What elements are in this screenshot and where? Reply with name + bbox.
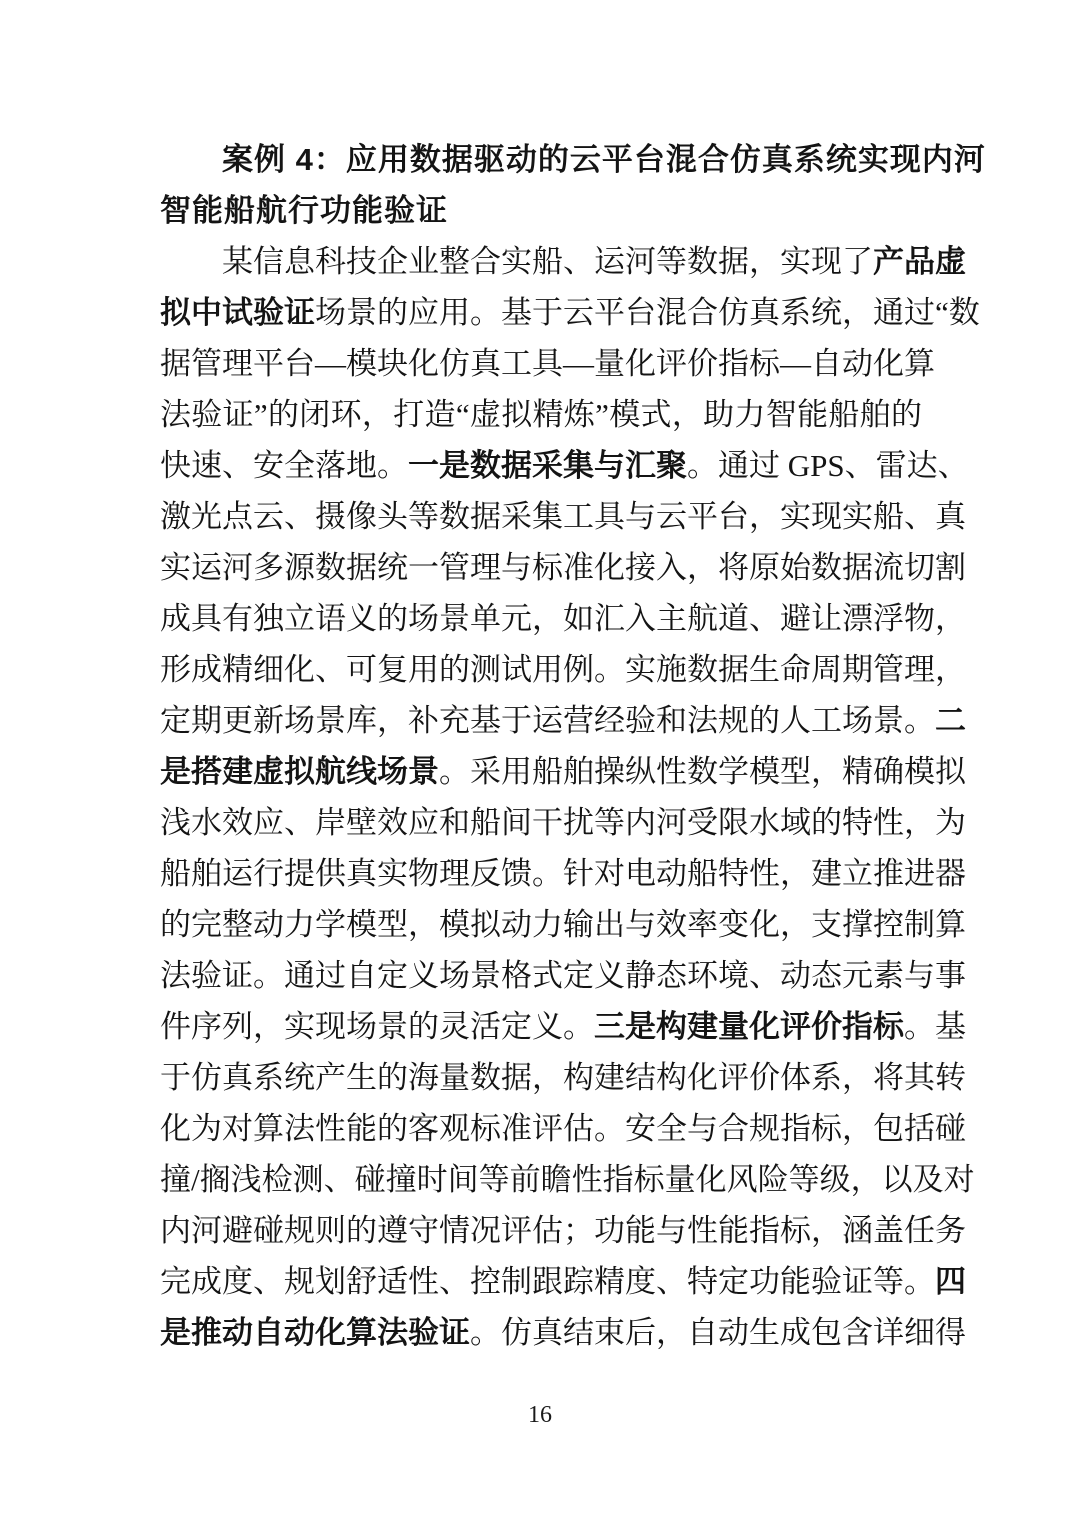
text-segment: 的完整动力学模型，模拟动力输出与效率变化，支撑控制算 [160, 907, 966, 942]
page-number: 16 [0, 1398, 1080, 1432]
emphasis-text-segment: 产品虚 [873, 244, 966, 279]
text-segment: 成具有独立语义的场景单元，如汇入主航道、避让漂浮物， [160, 601, 966, 636]
text-segment: 实运河多源数据统一管理与标准化接入，将原始数据流切割 [160, 550, 966, 585]
body-line: 化为对算法性能的客观标准评估。安全与合规指标，包括碰 [160, 1103, 922, 1154]
body-line: 于仿真系统产生的海量数据，构建结构化评价体系，将其转 [160, 1052, 922, 1103]
text-segment: 。采用船舶操纵性数学模型，精确模拟 [439, 754, 966, 789]
title-line: 案例 4：应用数据驱动的云平台混合仿真系统实现内河 [160, 134, 922, 185]
body-line: 某信息科技企业整合实船、运河等数据，实现了产品虚 [160, 236, 922, 287]
body-line: 是推动自动化算法验证。仿真结束后，自动生成包含详细得 [160, 1307, 922, 1358]
body-paragraph: 某信息科技企业整合实船、运河等数据，实现了产品虚拟中试验证场景的应用。基于云平台… [160, 236, 922, 1358]
body-line: 船舶运行提供真实物理反馈。针对电动船特性，建立推进器 [160, 848, 922, 899]
emphasis-text-segment: 智能船航行功能验证 [160, 193, 448, 228]
body-line: 成具有独立语义的场景单元，如汇入主航道、避让漂浮物， [160, 593, 922, 644]
body-line: 内河避碰规则的遵守情况评估；功能与性能指标，涵盖任务 [160, 1205, 922, 1256]
body-line: 法验证”的闭环，打造“虚拟精炼”模式，助力智能船舶的 [160, 389, 922, 440]
body-line: 定期更新场景库，补充基于运营经验和法规的人工场景。二 [160, 695, 922, 746]
emphasis-text-segment: 拟中试验证 [160, 295, 315, 330]
body-line: 浅水效应、岸壁效应和船间干扰等内河受限水域的特性，为 [160, 797, 922, 848]
text-segment: 。通过 GPS、雷达、 [687, 448, 969, 483]
body-line: 激光点云、摄像头等数据采集工具与云平台，实现实船、真 [160, 491, 922, 542]
text-segment: 形成精细化、可复用的测试用例。实施数据生命周期管理， [160, 652, 966, 687]
body-line: 的完整动力学模型，模拟动力输出与效率变化，支撑控制算 [160, 899, 922, 950]
text-segment: 法验证。通过自定义场景格式定义静态环境、动态元素与事 [160, 958, 966, 993]
text-segment: 船舶运行提供真实物理反馈。针对电动船特性，建立推进器 [160, 856, 966, 891]
text-segment: 撞/搁浅检测、碰撞时间等前瞻性指标量化风险等级，以及对 [160, 1162, 975, 1197]
body-line: 拟中试验证场景的应用。基于云平台混合仿真系统，通过“数 [160, 287, 922, 338]
text-segment: 据管理平台—模块化仿真工具—量化评价指标—自动化算 [160, 346, 935, 381]
text-segment: 内河避碰规则的遵守情况评估；功能与性能指标，涵盖任务 [160, 1213, 966, 1248]
emphasis-text-segment: 四 [935, 1264, 966, 1299]
body-line: 完成度、规划舒适性、控制跟踪精度、特定功能验证等。四 [160, 1256, 922, 1307]
emphasis-text-segment: 是搭建虚拟航线场景 [160, 754, 439, 789]
text-segment: 。仿真结束后，自动生成包含详细得 [470, 1315, 966, 1350]
text-segment: 某信息科技企业整合实船、运河等数据，实现了 [222, 244, 873, 279]
case-title: 案例 4：应用数据驱动的云平台混合仿真系统实现内河智能船航行功能验证 [160, 134, 922, 236]
emphasis-text-segment: 一是数据采集与汇聚 [408, 448, 687, 483]
text-segment: 化为对算法性能的客观标准评估。安全与合规指标，包括碰 [160, 1111, 966, 1146]
text-segment: 。基 [904, 1009, 966, 1044]
text-segment: 激光点云、摄像头等数据采集工具与云平台，实现实船、真 [160, 499, 966, 534]
text-segment: 快速、安全落地。 [160, 448, 408, 483]
page-content: 案例 4：应用数据驱动的云平台混合仿真系统实现内河智能船航行功能验证 某信息科技… [160, 134, 922, 1358]
emphasis-text-segment: 案例 4：应用数据驱动的云平台混合仿真系统实现内河 [222, 142, 986, 177]
text-segment: 场景的应用。基于云平台混合仿真系统，通过“数 [315, 295, 980, 330]
text-segment: 定期更新场景库，补充基于运营经验和法规的人工场景。 [160, 703, 935, 738]
document-page: 案例 4：应用数据驱动的云平台混合仿真系统实现内河智能船航行功能验证 某信息科技… [0, 0, 1080, 1527]
emphasis-text-segment: 三是构建量化评价指标 [594, 1009, 904, 1044]
title-line: 智能船航行功能验证 [160, 185, 922, 236]
body-line: 实运河多源数据统一管理与标准化接入，将原始数据流切割 [160, 542, 922, 593]
body-line: 据管理平台—模块化仿真工具—量化评价指标—自动化算 [160, 338, 922, 389]
emphasis-text-segment: 是推动自动化算法验证 [160, 1315, 470, 1350]
body-line: 形成精细化、可复用的测试用例。实施数据生命周期管理， [160, 644, 922, 695]
text-segment: 件序列，实现场景的灵活定义。 [160, 1009, 594, 1044]
body-line: 撞/搁浅检测、碰撞时间等前瞻性指标量化风险等级，以及对 [160, 1154, 922, 1205]
body-line: 件序列，实现场景的灵活定义。三是构建量化评价指标。基 [160, 1001, 922, 1052]
emphasis-text-segment: 二 [935, 703, 966, 738]
text-segment: 于仿真系统产生的海量数据，构建结构化评价体系，将其转 [160, 1060, 966, 1095]
text-segment: 完成度、规划舒适性、控制跟踪精度、特定功能验证等。 [160, 1264, 935, 1299]
text-segment: 浅水效应、岸壁效应和船间干扰等内河受限水域的特性，为 [160, 805, 966, 840]
text-segment: 法验证”的闭环，打造“虚拟精炼”模式，助力智能船舶的 [160, 397, 922, 432]
body-line: 法验证。通过自定义场景格式定义静态环境、动态元素与事 [160, 950, 922, 1001]
body-line: 是搭建虚拟航线场景。采用船舶操纵性数学模型，精确模拟 [160, 746, 922, 797]
body-line: 快速、安全落地。一是数据采集与汇聚。通过 GPS、雷达、 [160, 440, 922, 491]
